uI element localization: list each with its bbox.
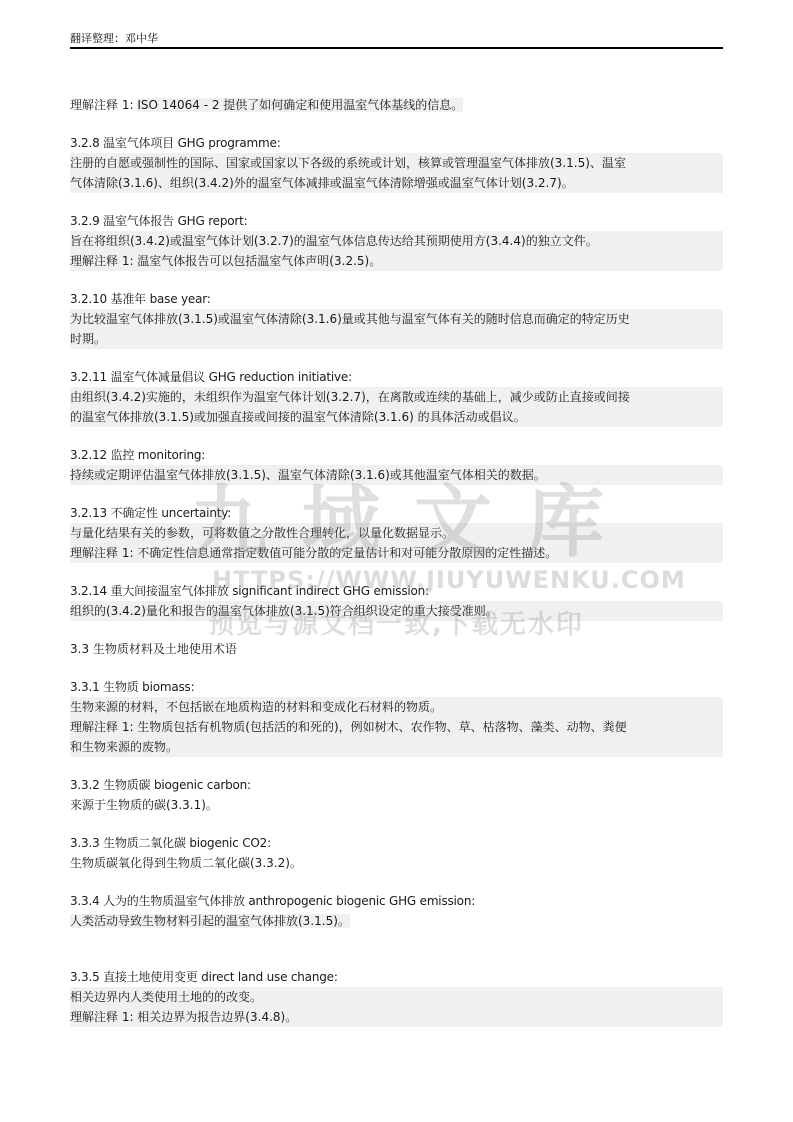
term-definition: 生物质碳氧化得到生物质二氧化碳(3.3.2)。 — [70, 853, 723, 873]
document-body: 理解注释 1: ISO 14064 - 2 提供了如何确定和使用温室气体基线的信… — [70, 95, 723, 1027]
term-definition: 注册的自愿或强制性的国际、国家或国家以下各级的系统或计划，核算或管理温室气体排放… — [70, 153, 723, 193]
term-3-2-8: 3.2.8 温室气体项目 GHG programme: 注册的自愿或强制性的国际… — [70, 133, 723, 193]
term-3-3-5: 3.3.5 直接土地使用变更 direct land use change: 相… — [70, 967, 723, 1027]
definition-line: 生物来源的材料，不包括嵌在地质构造的材料和变成化石材料的物质。 — [70, 697, 723, 717]
term-title: 3.3.5 直接土地使用变更 direct land use change: — [70, 967, 723, 987]
definition-line: 组织的(3.4.2)量化和报告的温室气体排放(3.1.5)符合组织设定的重大接受… — [70, 601, 723, 621]
definition-line: 的温室气体排放(3.1.5)或加强直接或间接的温室气体清除(3.1.6) 的具体… — [70, 407, 723, 427]
term-definition: 为比较温室气体排放(3.1.5)或温室气体清除(3.1.6)量或其他与温室气体有… — [70, 309, 723, 349]
definition-line: 与量化结果有关的参数，可将数值之分散性合理转化，以量化数据显示。 — [70, 523, 723, 543]
note-line: 理解注释 1: 相关边界为报告边界(3.4.8)。 — [70, 1007, 723, 1027]
term-3-2-11: 3.2.11 温室气体减量倡议 GHG reduction initiative… — [70, 367, 723, 427]
term-definition: 生物来源的材料，不包括嵌在地质构造的材料和变成化石材料的物质。 理解注释 1: … — [70, 697, 723, 757]
term-title: 3.2.9 温室气体报告 GHG report: — [70, 211, 723, 231]
term-title: 3.3.4 人为的生物质温室气体排放 anthropogenic biogeni… — [70, 891, 723, 911]
term-definition: 相关边界内人类使用土地的的改变。 理解注释 1: 相关边界为报告边界(3.4.8… — [70, 987, 723, 1027]
definition-line: 旨在将组织(3.4.2)或温室气体计划(3.2.7)的温室气体信息传达给其预期使… — [70, 231, 723, 251]
definition-line: 持续或定期评估温室气体排放(3.1.5)、温室气体清除(3.1.6)或其他温室气… — [70, 465, 723, 485]
intro-note: 理解注释 1: ISO 14064 - 2 提供了如何确定和使用温室气体基线的信… — [70, 95, 723, 115]
term-definition: 组织的(3.4.2)量化和报告的温室气体排放(3.1.5)符合组织设定的重大接受… — [70, 601, 723, 621]
definition-line: 相关边界内人类使用土地的的改变。 — [70, 987, 723, 1007]
term-3-3-3: 3.3.3 生物质二氧化碳 biogenic CO2: 生物质碳氧化得到生物质二… — [70, 833, 723, 873]
term-title: 3.3.1 生物质 biomass: — [70, 677, 723, 697]
note-text: ISO 14064 - 2 提供了如何确定和使用温室气体基线的信息。 — [137, 98, 463, 112]
term-title: 3.2.11 温室气体减量倡议 GHG reduction initiative… — [70, 367, 723, 387]
term-3-3-4: 3.3.4 人为的生物质温室气体排放 anthropogenic biogeni… — [70, 891, 723, 931]
page-header: 翻译整理：邓中华 — [70, 30, 723, 46]
term-3-2-10: 3.2.10 基准年 base year: 为比较温室气体排放(3.1.5)或温… — [70, 289, 723, 349]
term-3-2-14: 3.2.14 重大间接温室气体排放 significant indirect G… — [70, 581, 723, 621]
term-3-2-12: 3.2.12 监控 monitoring: 持续或定期评估温室气体排放(3.1.… — [70, 445, 723, 485]
term-definition: 与量化结果有关的参数，可将数值之分散性合理转化，以量化数据显示。 理解注释 1:… — [70, 523, 723, 563]
term-definition: 来源于生物质的碳(3.3.1)。 — [70, 795, 723, 815]
term-title: 3.2.10 基准年 base year: — [70, 289, 723, 309]
header-divider — [70, 47, 723, 49]
term-definition: 由组织(3.4.2)实施的，未组织作为温室气体计划(3.2.7)，在离散或连续的… — [70, 387, 723, 427]
term-definition: 旨在将组织(3.4.2)或温室气体计划(3.2.7)的温室气体信息传达给其预期使… — [70, 231, 723, 271]
note-line: 理解注释 1: 温室气体报告可以包括温室气体声明(3.2.5)。 — [70, 251, 723, 271]
definition-line: 由组织(3.4.2)实施的，未组织作为温室气体计划(3.2.7)，在离散或连续的… — [70, 387, 723, 407]
note-line: 理解注释 1: 不确定性信息通常指定数值可能分散的定量估计和对可能分散原因的定性… — [70, 543, 723, 563]
term-title: 3.3.2 生物质碳 biogenic carbon: — [70, 775, 723, 795]
term-3-3-1: 3.3.1 生物质 biomass: 生物来源的材料，不包括嵌在地质构造的材料和… — [70, 677, 723, 757]
note-line: 和生物来源的废物。 — [70, 737, 723, 757]
term-title: 3.2.14 重大间接温室气体排放 significant indirect G… — [70, 581, 723, 601]
term-3-3-2: 3.3.2 生物质碳 biogenic carbon: 来源于生物质的碳(3.3… — [70, 775, 723, 815]
term-3-2-13: 3.2.13 不确定性 uncertainty: 与量化结果有关的参数，可将数值… — [70, 503, 723, 563]
term-title: 3.2.12 监控 monitoring: — [70, 445, 723, 465]
definition-line: 气体清除(3.1.6)、组织(3.4.2)外的温室气体减排或温室气体清除增强或温… — [70, 173, 723, 193]
definition-line: 注册的自愿或强制性的国际、国家或国家以下各级的系统或计划，核算或管理温室气体排放… — [70, 153, 723, 173]
definition-line: 为比较温室气体排放(3.1.5)或温室气体清除(3.1.6)量或其他与温室气体有… — [70, 309, 723, 329]
term-3-2-9: 3.2.9 温室气体报告 GHG report: 旨在将组织(3.4.2)或温室… — [70, 211, 723, 271]
term-definition: 持续或定期评估温室气体排放(3.1.5)、温室气体清除(3.1.6)或其他温室气… — [70, 465, 723, 485]
term-title: 3.2.13 不确定性 uncertainty: — [70, 503, 723, 523]
term-title: 3.3.3 生物质二氧化碳 biogenic CO2: — [70, 833, 723, 853]
term-title: 3.2.8 温室气体项目 GHG programme: — [70, 133, 723, 153]
section-heading: 3.3 生物质材料及土地使用术语 — [70, 639, 723, 659]
note-line: 理解注释 1: 生物质包括有机物质(包括活的和死的)，例如树木、农作物、草、枯落… — [70, 717, 723, 737]
term-definition: 人类活动导致生物材料引起的温室气体排放(3.1.5)。 — [70, 914, 350, 928]
definition-line: 时期。 — [70, 329, 723, 349]
note-label: 理解注释 1: — [70, 98, 137, 112]
